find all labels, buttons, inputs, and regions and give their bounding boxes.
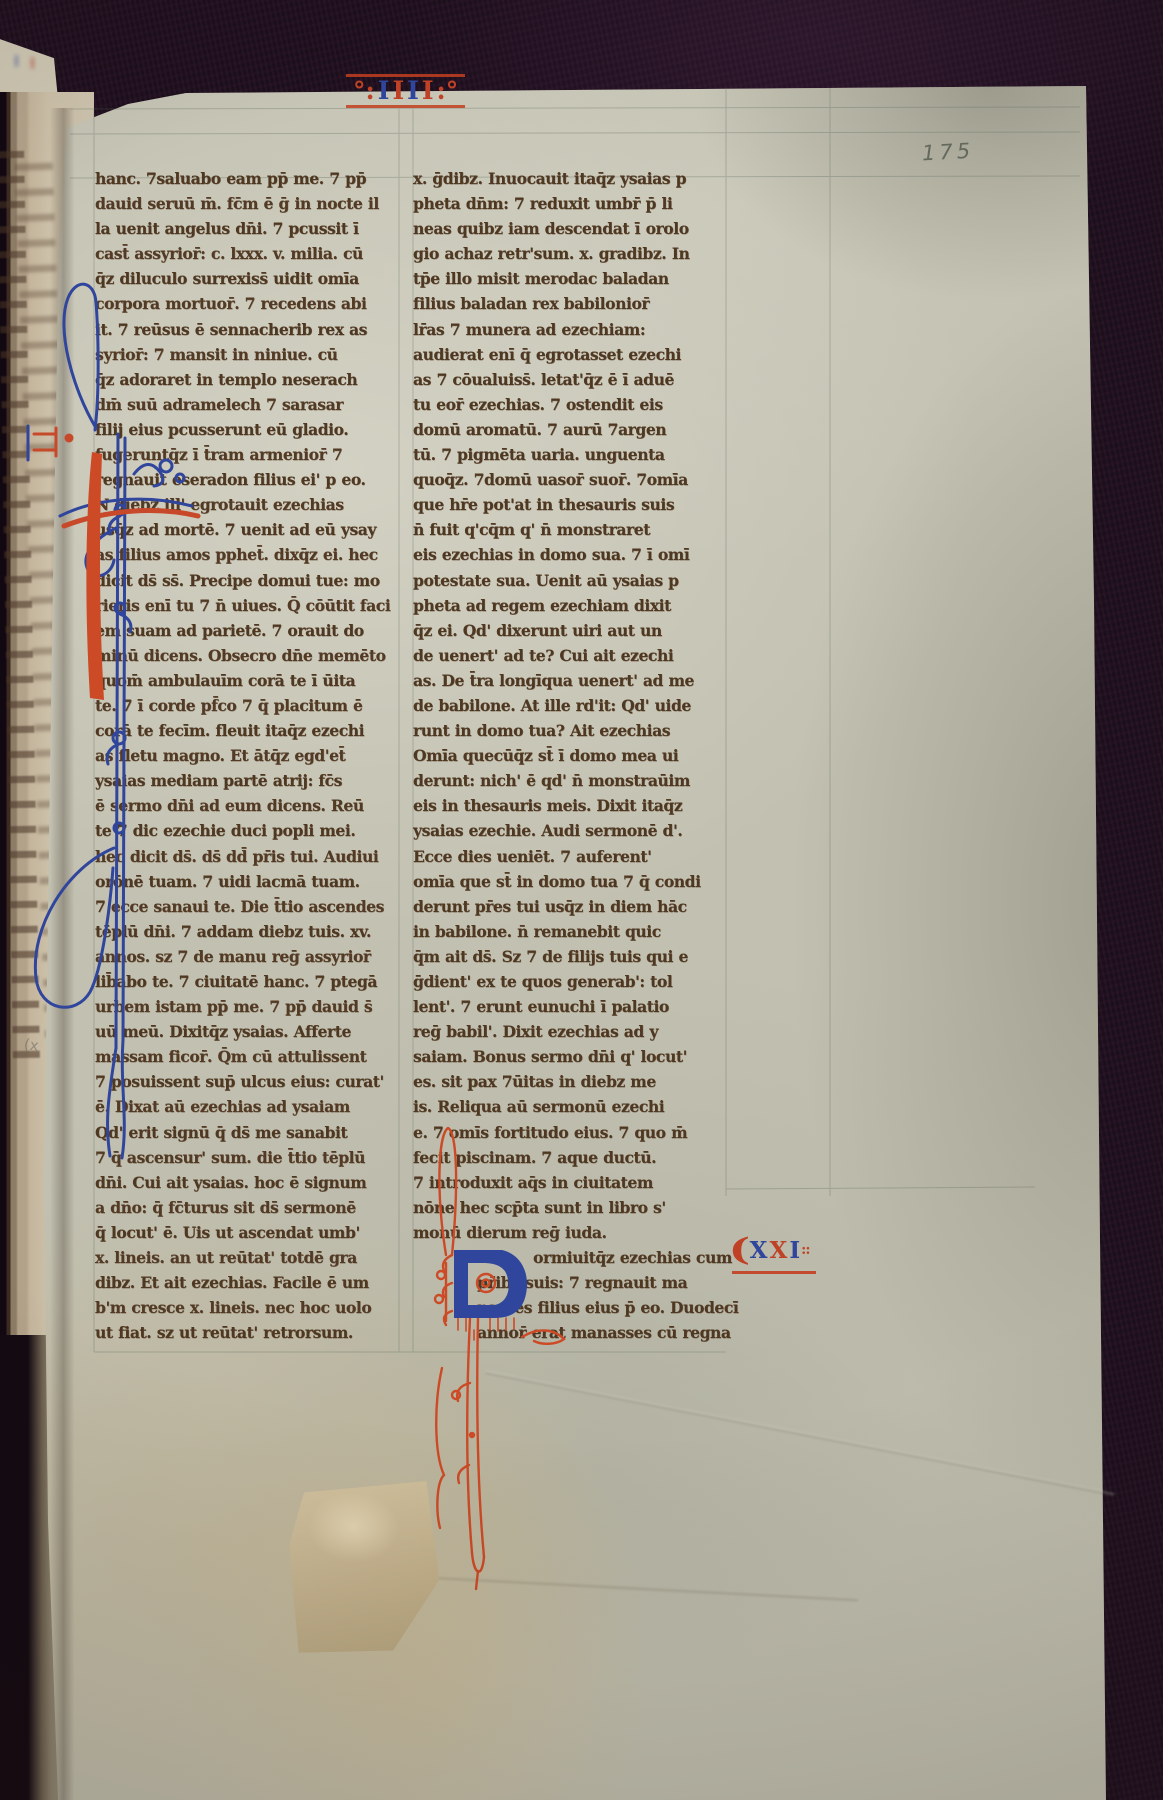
text-line: cast̄ assyrior̄: c. lxxx. v. milia. cū: [95, 241, 407, 266]
text-line: reḡ babil'. Dixit ezechias ad y: [413, 1019, 735, 1044]
text-line: fugeruntq̄z ī t̄ram armenior̄ 7: [95, 442, 407, 467]
running-title-letter: °:: [353, 78, 375, 104]
text-column-right: x. ḡdibz. Inuocauit itaq̄z ysaias ppheta…: [413, 166, 735, 1345]
text-line: tp̄e illo misit merodac baladan: [413, 266, 735, 291]
text-line: ormiuitq̄z ezechias cum: [413, 1245, 735, 1270]
text-line: regnauit eseradon filius ei' p eo.: [95, 467, 407, 492]
text-line: runt in domo tua? Ait ezechias: [413, 718, 735, 743]
text-line: Omīa quecūq̄z st̄ ī domo mea ui: [413, 743, 735, 768]
text-line: audierat enī q̄ egrotasset ezechi: [413, 342, 735, 367]
text-line: la uenit angelus dn̄i. 7 pcussit ī: [95, 216, 407, 241]
running-title-letter: I: [392, 78, 404, 104]
text-line: corā te fecīm. fleuit itaq̄z ezechi: [95, 718, 407, 743]
text-line: dibz. Et ait ezechias. Facile ē um: [95, 1270, 407, 1295]
running-title: °:IIII:°: [346, 74, 465, 108]
text-line: as 7 cōualuiss̄. letat'q̄z ē ī aduē: [413, 367, 735, 392]
text-line: dicit ds̄ ss̄. Precipe domui tue: mo: [95, 568, 407, 593]
text-line: q̄z adoraret in templo neserach: [95, 367, 407, 392]
gutter-shadow: [50, 108, 80, 1800]
text-line: eis in thesauris meis. Dixit itaq̄z: [413, 793, 735, 818]
text-line: dn̄i. Cui ait ysaias. hoc ē signum: [95, 1170, 407, 1195]
text-line: 7 q̄ ascensur' sum. die t̄tio tēplū: [95, 1145, 407, 1170]
text-line: filius baladan rex babilonior̄: [413, 291, 735, 316]
text-line: eis ezechias in domo sua. 7 ī omī: [413, 542, 735, 567]
text-line: Ecce dies ueniēt. 7 auferent': [413, 844, 735, 869]
text-line: nōne hec scp̄ta sunt in libro s': [413, 1195, 735, 1220]
text-line: e. 7 omīs fortitudo eius. 7 quo m̄: [413, 1120, 735, 1145]
text-line: as fletu magno. Et ātq̄z egd'et̄: [95, 743, 407, 768]
running-title-letter: I: [378, 78, 390, 104]
text-line: pheta ad regem ezechiam dixit: [413, 593, 735, 618]
text-line: lib̄abo te. 7 ciuitatē hanc. 7 ptegā: [95, 969, 407, 994]
text-line: em suam ad parietē. 7 orauit do: [95, 618, 407, 643]
text-line: q̄m ait ds̄. Sz 7 de filijs tuis qui e: [413, 944, 735, 969]
text-line: ē sermo dn̄i ad eum dicens. Reū: [95, 793, 407, 818]
text-line: pheta dn̄m: 7 reduxit umbr̄ p̄ li: [413, 191, 735, 216]
text-line: 7 ecce sanaui te. Die t̄tio ascendes: [95, 894, 407, 919]
chapter-letter: X: [750, 1237, 768, 1264]
folio-number: 175: [921, 139, 974, 166]
text-line: 7 posuissent sup̄ ulcus eius: curat': [95, 1069, 407, 1094]
text-line: ḡdient' ex te quos generab': tol: [413, 969, 735, 994]
text-line: rieris enī tu 7 n̄ uiues. Q̄ cōūtit faci: [95, 593, 407, 618]
text-line: quom̄ ambulauīm corā te ī ūita: [95, 668, 407, 693]
text-line: q̄ locut' ē. Uis ut ascendat umb': [95, 1220, 407, 1245]
blurred-title-icon: ⁞: [30, 54, 35, 73]
text-line: que hr̄e pot'at in thesauris suis: [413, 492, 735, 517]
chapter-flourish-icon: ::: [801, 1242, 809, 1258]
text-line: de uenert' ad te? Cui ait ezechi: [413, 643, 735, 668]
running-title-letter: :°: [437, 78, 459, 104]
text-line: potestate sua. Uenit aū ysaias p: [413, 568, 735, 593]
text-line: orōnē tuam. 7 uidi lacmā tuam.: [95, 869, 407, 894]
text-line: ut fiat. sz ut reūtat' retrorsum.: [95, 1320, 407, 1345]
text-line: minū dicens. Obsecro dn̄e memēto: [95, 643, 407, 668]
text-line: it. 7 reūsus ē sennacherib rex as: [95, 317, 407, 342]
text-line: saiam. Bonus sermo dn̄i q' locut': [413, 1044, 735, 1069]
text-line: omīa que st̄ in domo tua 7 q̄ condi: [413, 869, 735, 894]
pencil-mark: (x: [23, 1035, 40, 1055]
text-line: uū meū. Dixitq̄z ysaias. Afferte: [95, 1019, 407, 1044]
text-line: x. ḡdibz. Inuocauit itaq̄z ysaias p: [413, 166, 735, 191]
running-title-letter: I: [422, 78, 434, 104]
text-line: tū. 7 pigmēta uaria. unguenta: [413, 442, 735, 467]
chapter-marker: ( XXI ::: [732, 1232, 816, 1274]
text-line: n̄ fuit q'cq̄m q' n̄ monstraret: [413, 517, 735, 542]
text-line: usq̄z ad mortē. 7 uenit ad eū ysay: [95, 517, 407, 542]
text-line: fecit piscinam. 7 aque ductū.: [413, 1145, 735, 1170]
text-line: es. sit pax 7ūitas in diebz me: [413, 1069, 735, 1094]
text-line: b'm cresce x. lineis. nec hoc uolo: [95, 1295, 407, 1320]
text-line: de babilone. At ille rd'it: Qd' uide: [413, 693, 735, 718]
text-line: nasses filius eius p̄ eo. Duodecī: [413, 1295, 735, 1320]
text-line: ē. Dixat aū ezechias ad ysaiam: [95, 1094, 407, 1119]
text-line: lent'. 7 erunt eunuchi ī palatio: [413, 994, 735, 1019]
text-line: ysaias mediam partē atrij: fc̄s: [95, 768, 407, 793]
chapter-bracket-icon: (: [728, 1232, 750, 1268]
text-line: as filius amos pphet̄. dixq̄z ei. hec: [95, 542, 407, 567]
text-line: corpora mortuor̄. 7 recedens abi: [95, 291, 407, 316]
text-line: hec dicit ds̄. ds̄ dd̄ pr̄is tui. Audiui: [95, 844, 407, 869]
text-line: tu eor̄ ezechias. 7 ostendit eis: [413, 392, 735, 417]
text-line: dm̄ suū adramelech 7 sarasar: [95, 392, 407, 417]
text-line: x. lineis. an ut reūtat' totdē gra: [95, 1245, 407, 1270]
text-line: 7 introduxit aq̄s in ciuitatem: [413, 1170, 735, 1195]
text-line: as. De t̄ra longīqua uenert' ad me: [413, 668, 735, 693]
text-line: massam ficor̄. Q̄m cū attulissent: [95, 1044, 407, 1069]
text-line: domū aromatū. 7 aurū 7argen: [413, 417, 735, 442]
text-line: hanc. 7saluabo eam pp̄ me. 7 pp̄: [95, 166, 407, 191]
text-line: lr̄as 7 munera ad ezechiam:: [413, 317, 735, 342]
text-line: monū dierum reḡ iuda.: [413, 1220, 735, 1245]
text-line: filij eius pcusserunt eū gladio.: [95, 417, 407, 442]
text-line: syrior̄: 7 mansit in niniue. cū: [95, 342, 407, 367]
text-line: derunt pr̄es tui usq̄z in diem hāc: [413, 894, 735, 919]
text-line: N diebz ill' egrotauit ezechias: [95, 492, 407, 517]
text-line: annos. sz 7 de manu reḡ assyrior̄: [95, 944, 407, 969]
text-line: quoq̄z. 7domū uasor̄ suor̄. 7omīa: [413, 467, 735, 492]
chapter-letter: I: [789, 1237, 800, 1264]
text-line: gio achaz retr'sum. x. gradibz. In: [413, 241, 735, 266]
text-line: neas quibz iam descendat ī orolo: [413, 216, 735, 241]
chapter-letters: XXI: [749, 1237, 801, 1264]
text-line: tēplū dn̄i. 7 addam diebz tuis. xv.: [95, 919, 407, 944]
text-line: q̄z diluculo surrexiss̄ uidit omīa: [95, 266, 407, 291]
text-line: q̄z ei. Qd' dixerunt uiri aut un: [413, 618, 735, 643]
text-column-left: hanc. 7saluabo eam pp̄ me. 7 pp̄dauid se…: [95, 166, 407, 1345]
text-line: urbem istam pp̄ me. 7 pp̄ dauid s̄: [95, 994, 407, 1019]
chapter-letter: X: [770, 1237, 788, 1264]
text-line: Qd' erit signū q̄ ds̄ me sanabit: [95, 1120, 407, 1145]
text-line: annor̄ erat manasses cū regna: [413, 1320, 735, 1345]
text-line: is. Reliqua aū sermonū ezechi: [413, 1094, 735, 1119]
blurred-title-icon: ⁞: [14, 52, 19, 71]
manuscript-photo: ⁞ ⁞ °:IIII:° 175 hanc. 7saluabo eam pp̄ …: [0, 0, 1163, 1800]
text-line: a dn̄o: q̄ fc̄turus sit ds̄ sermonē: [95, 1195, 407, 1220]
text-line: te. 7 ī corde pf̄co 7 q̄ placitum ē: [95, 693, 407, 718]
text-line: te 7 dic ezechie duci popli mei.: [95, 818, 407, 843]
text-line: pr̄ibz suis: 7 regnauit ma: [413, 1270, 735, 1295]
text-line: in babilone. n̄ remanebit quic: [413, 919, 735, 944]
text-line: dauid seruū m̄. fc̄m ē ḡ in nocte il: [95, 191, 407, 216]
running-title-letter: I: [407, 78, 419, 104]
text-line: ysaias ezechie. Audi sermonē d'.: [413, 818, 735, 843]
text-line: derunt: nich' ē qd' n̄ monstraūim: [413, 768, 735, 793]
